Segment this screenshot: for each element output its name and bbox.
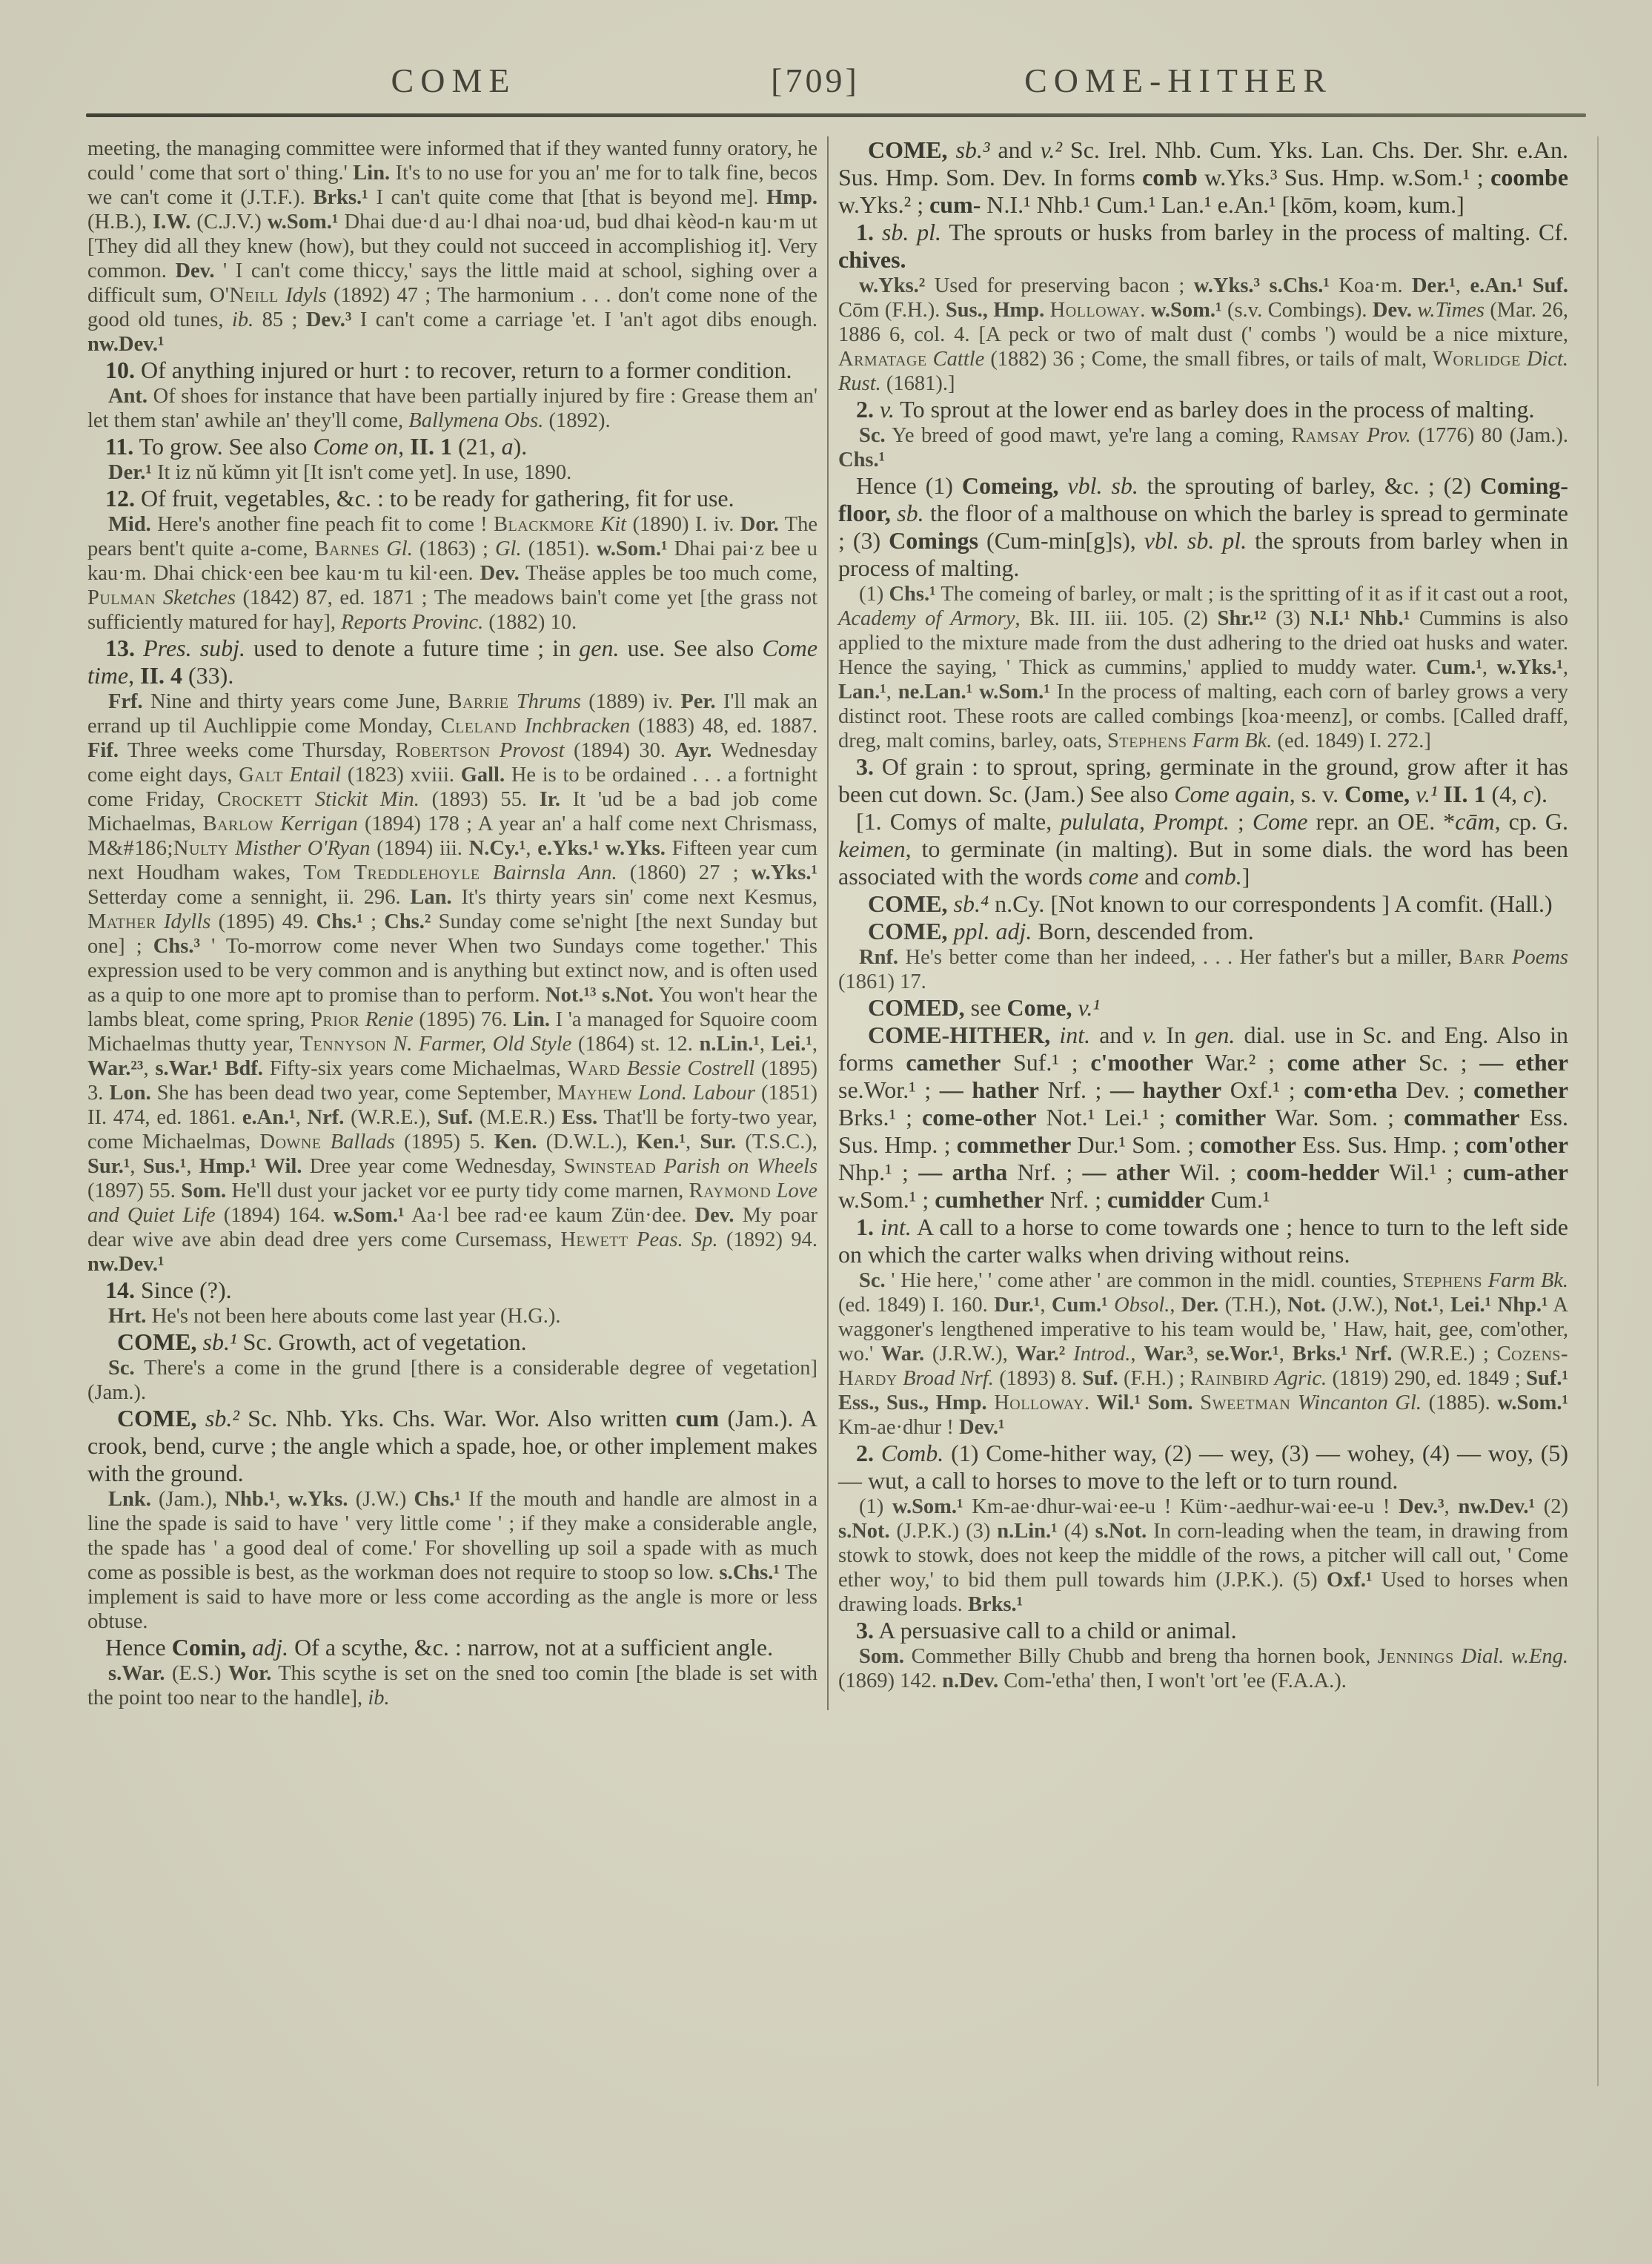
paragraph: 3. Of grain : to sprout, spring, germina…	[838, 753, 1568, 808]
paragraph: 10. Of anything injured or hurt : to rec…	[87, 357, 817, 384]
paragraph: s.War. (E.S.) Wor. This scythe is set on…	[87, 1661, 817, 1710]
column-right: COME, sb.³ and v.² Sc. Irel. Nhb. Cum. Y…	[838, 136, 1568, 1710]
entry-paragraph: COME, sb.³ and v.² Sc. Irel. Nhb. Cum. Y…	[838, 136, 1568, 219]
paragraph: Hence Comin, adj. Of a scythe, &c. : nar…	[87, 1634, 817, 1661]
entry-paragraph: COMED, see Come, v.¹	[838, 994, 1568, 1022]
paragraph: Som. Commether Billy Chubb and breng tha…	[838, 1644, 1568, 1693]
column-left: meeting, the managing committee were inf…	[87, 136, 817, 1710]
paragraph: Der.¹ It iz nŭ kŭmn yit [It isn't come y…	[87, 460, 817, 485]
paragraph: Hence (1) Comeing, vbl. sb. the sproutin…	[838, 472, 1568, 582]
entry-paragraph: COME, sb.⁴ n.Cy. [Not known to our corre…	[838, 890, 1568, 918]
paragraph: Lnk. (Jam.), Nhb.¹, w.Yks. (J.W.) Chs.¹ …	[87, 1487, 817, 1634]
text-columns: meeting, the managing committee were inf…	[87, 136, 1580, 1710]
paragraph: 1. int. A call to a horse to come toward…	[838, 1214, 1568, 1268]
column-divider	[827, 136, 829, 1710]
header-rule	[86, 113, 1586, 117]
page-edge-line	[1597, 136, 1599, 2086]
paragraph: 14. Since (?).	[87, 1277, 817, 1304]
paragraph: Mid. Here's another fine peach fit to co…	[87, 512, 817, 635]
entry-paragraph: COME, sb.² Sc. Nhb. Yks. Chs. War. Wor. …	[87, 1405, 817, 1487]
paragraph: Rnf. He's better come than her indeed, .…	[838, 945, 1568, 994]
paragraph: Ant. Of shoes for instance that have bee…	[87, 384, 817, 433]
running-head-left: COME	[342, 61, 565, 100]
paragraph: 12. Of fruit, vegetables, &c. : to be re…	[87, 485, 817, 512]
dictionary-page: COME [709] COME-HITHER meeting, the mana…	[0, 0, 1652, 2264]
paragraph: 3. A persuasive call to a child or anima…	[838, 1617, 1568, 1644]
paragraph: Sc. ' Hie here,' ' come ather ' are comm…	[838, 1268, 1568, 1440]
paragraph: meeting, the managing committee were inf…	[87, 136, 817, 357]
paragraph: 2. v. To sprout at the lower end as barl…	[838, 396, 1568, 423]
entry-paragraph: COME-HITHER, int. and v. In gen. dial. u…	[838, 1022, 1568, 1214]
page-number: [709]	[741, 61, 889, 100]
paragraph: w.Yks.² Used for preserving bacon ; w.Yk…	[838, 274, 1568, 396]
entry-paragraph: COME, sb.¹ Sc. Growth, act of vegetation…	[87, 1328, 817, 1356]
paragraph: Sc. Ye breed of good mawt, ye're lang a …	[838, 423, 1568, 472]
paragraph: 11. To grow. See also Come on, II. 1 (21…	[87, 433, 817, 460]
running-head-right: COME-HITHER	[986, 61, 1371, 100]
paragraph: 1. sb. pl. The sprouts or husks from bar…	[838, 219, 1568, 274]
paragraph: Hrt. He's not been here abouts come last…	[87, 1304, 817, 1328]
paragraph: Frf. Nine and thirty years come June, Ba…	[87, 689, 817, 1277]
paragraph: 13. Pres. subj. used to denote a future …	[87, 635, 817, 689]
paragraph: 2. Comb. (1) Come-hither way, (2) — wey,…	[838, 1440, 1568, 1495]
paragraph: Sc. There's a come in the grund [there i…	[87, 1356, 817, 1405]
paragraph: [1. Comys of malte, pululata, Prompt. ; …	[838, 808, 1568, 890]
paragraph: (1) Chs.¹ The comeing of barley, or malt…	[838, 582, 1568, 753]
paragraph: (1) w.Som.¹ Km-ae·dhur-wai·ee-u ! Küm·-a…	[838, 1495, 1568, 1617]
entry-paragraph: COME, ppl. adj. Born, descended from.	[838, 918, 1568, 945]
